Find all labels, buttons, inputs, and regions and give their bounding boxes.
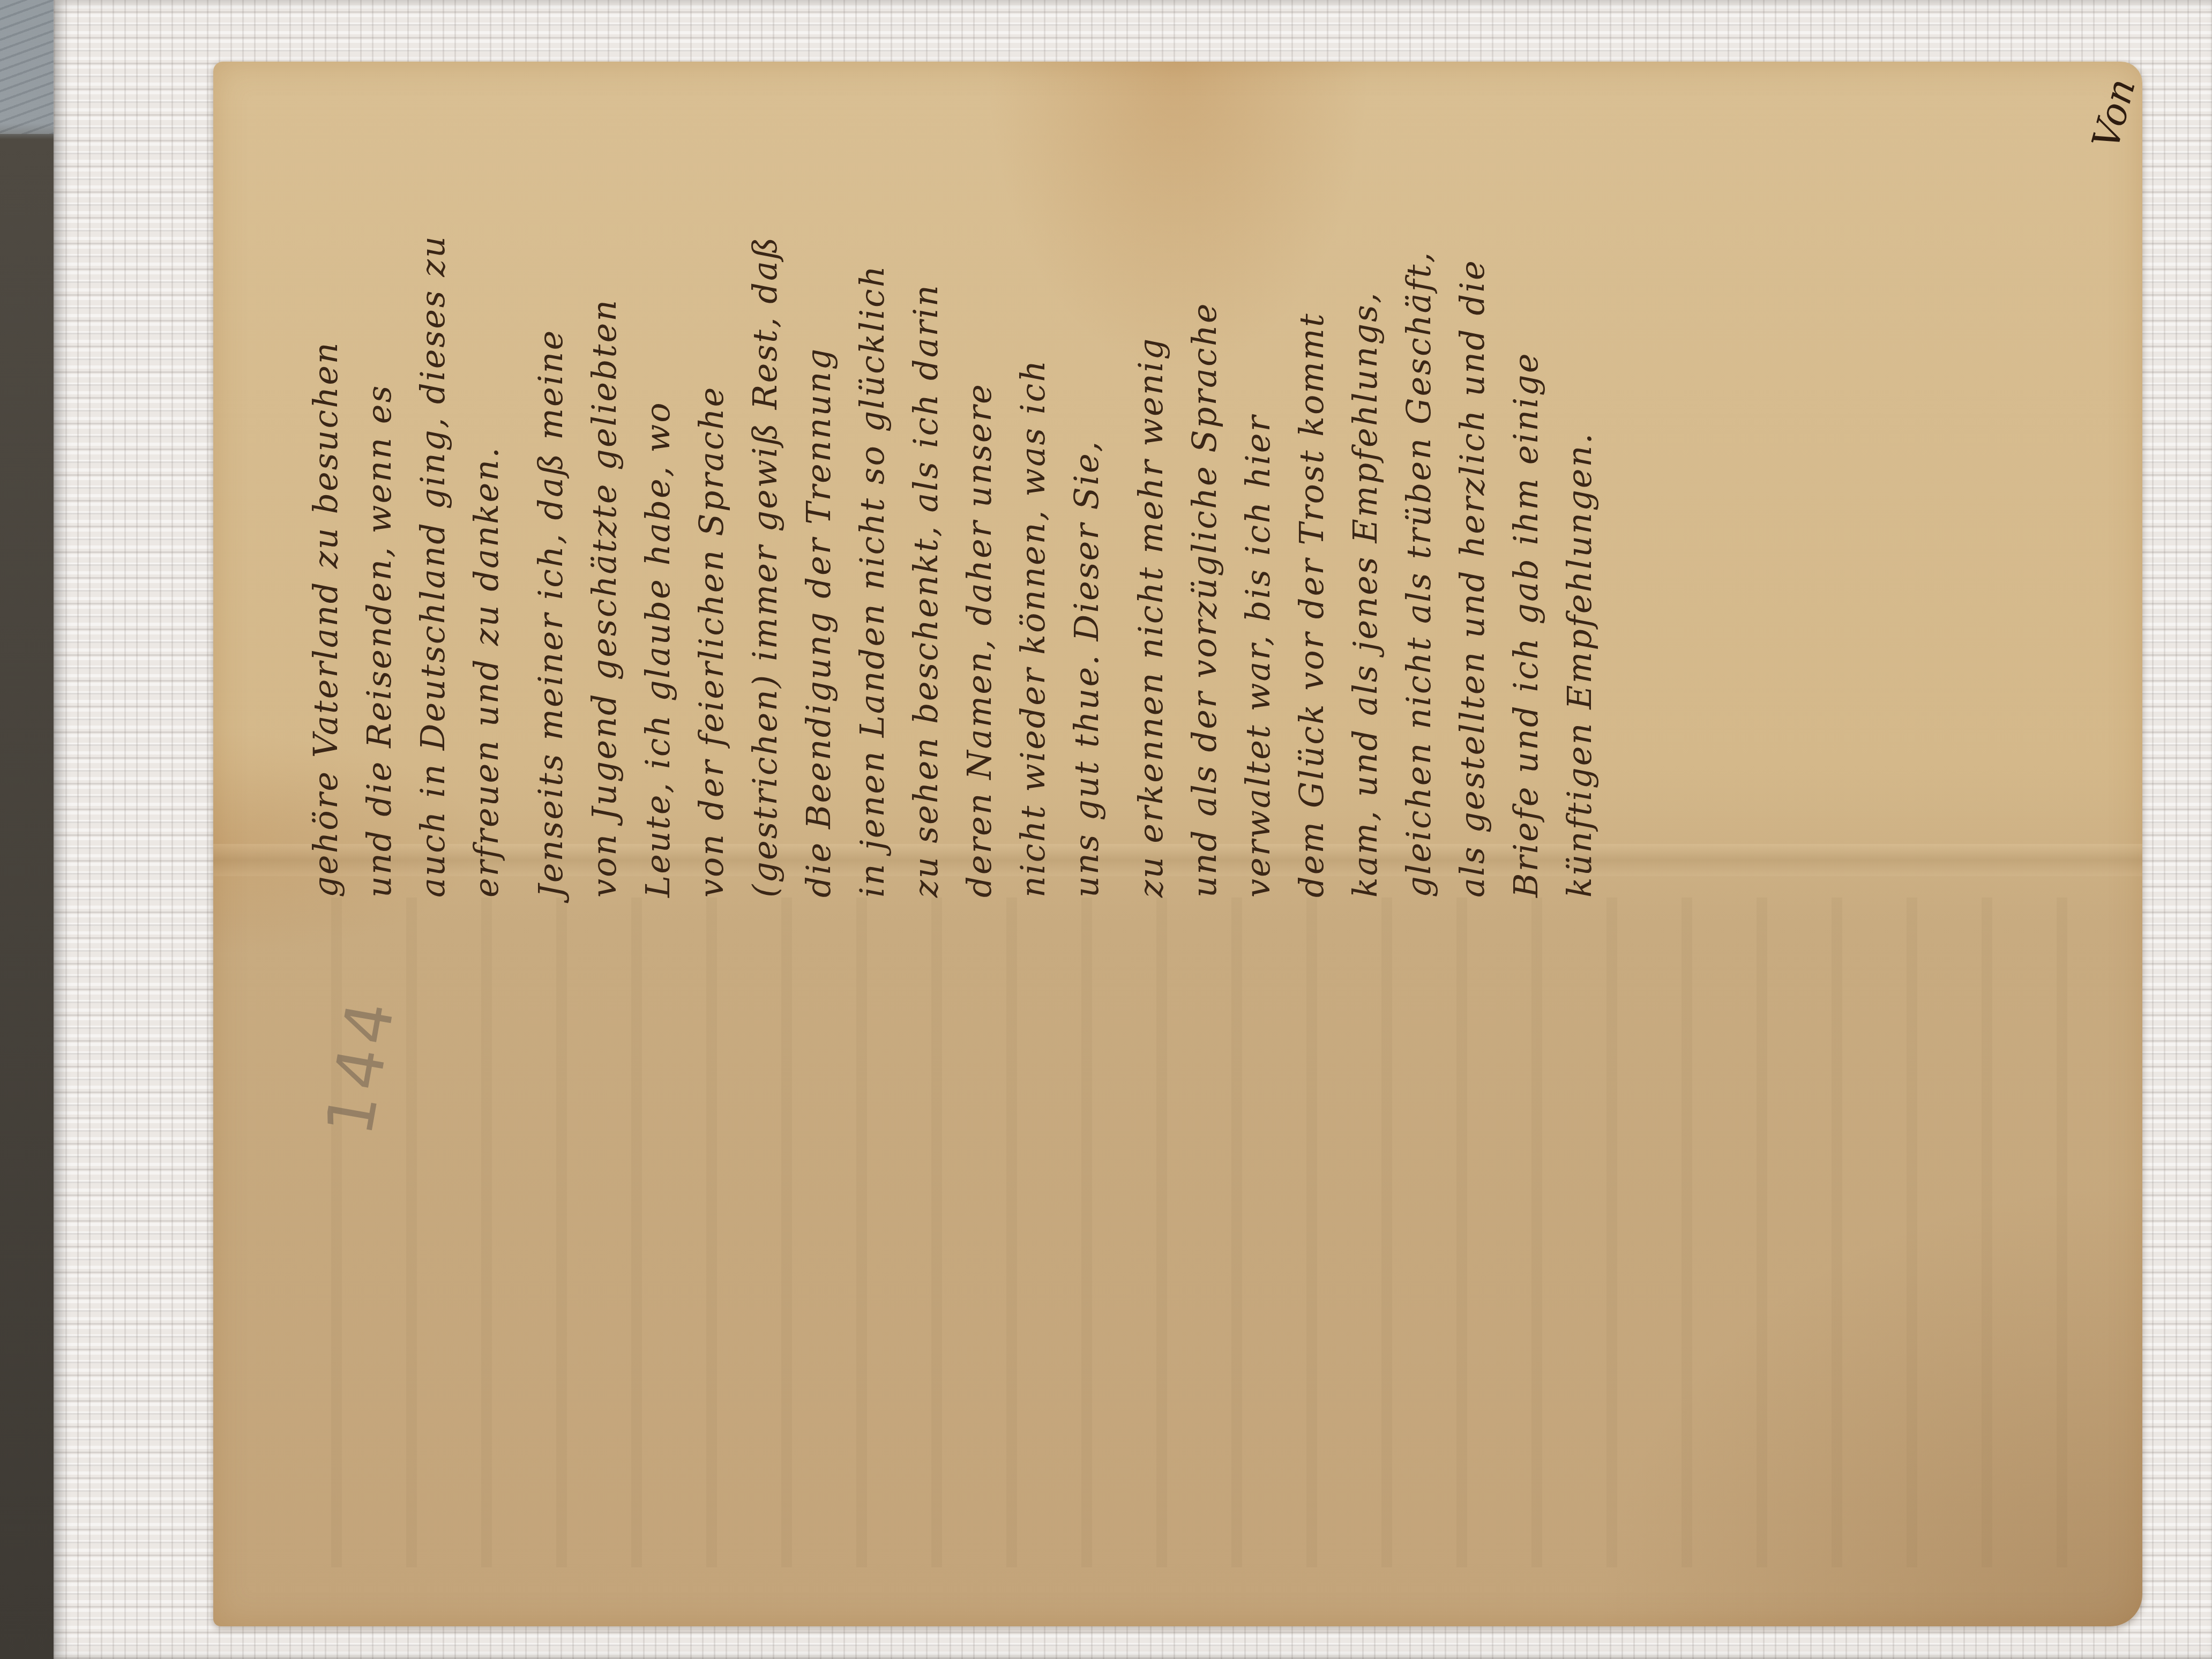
text-line: nicht wieder können, was ich [1006,104,1060,898]
text-line: erfreuen und zu danken. [460,104,524,898]
text-line: zu erkennen nicht mehr wenig [1124,104,1178,898]
text-line: Leute, ich glaube habe, wo [631,104,685,898]
catchword: Von [2083,74,2142,153]
text-line: dem Glück vor der Trost kommt [1285,104,1339,898]
text-line: zu sehen beschenkt, als ich darin [899,104,953,898]
letter-page: gehöre Vaterland zu besuchen und die Rei… [213,62,2142,1626]
text-line: als gestellten und herzlich und die [1446,104,1499,898]
text-line: und als der vorzügliche Sprache [1178,104,1231,898]
text-line: kam, und als jenes Empfehlungs, [1339,104,1392,898]
text-line: (gestrichen) immer gewiß Rest, daß [738,104,792,898]
paper-clip-edge [0,0,56,134]
text-line: in jenen Landen nicht so glücklich [846,104,899,898]
text-line: gehöre Vaterland zu besuchen [299,104,353,898]
text-line: Briefe und ich gab ihm einige [1499,104,1553,898]
text-line: und die Reisenden, wenn es [353,104,406,898]
text-line: deren Namen, daher unsere [953,104,1006,898]
text-line: von der feierlichen Sprache [685,104,738,898]
text-line: von Jugend geschätzte geliebten [578,104,631,898]
handwritten-text-block: gehöre Vaterland zu besuchen und die Rei… [299,104,2035,898]
text-line: uns gut thue. Dieser Sie, [1060,104,1124,898]
text-line: die Beendigung der Trennung [792,104,846,898]
text-line: verwaltet war, bis ich hier [1231,104,1285,898]
text-line: gleichen nicht als trüben Geschäft, [1392,104,1446,898]
text-line: künftigen Empfehlungen. [1553,104,1606,898]
text-line: auch in Deutschland ging, dieses zu [406,104,460,898]
dark-background-strip [0,0,56,1659]
ink-show-through [299,898,2067,1567]
text-line: Jenseits meiner ich, daß meine [524,104,578,898]
